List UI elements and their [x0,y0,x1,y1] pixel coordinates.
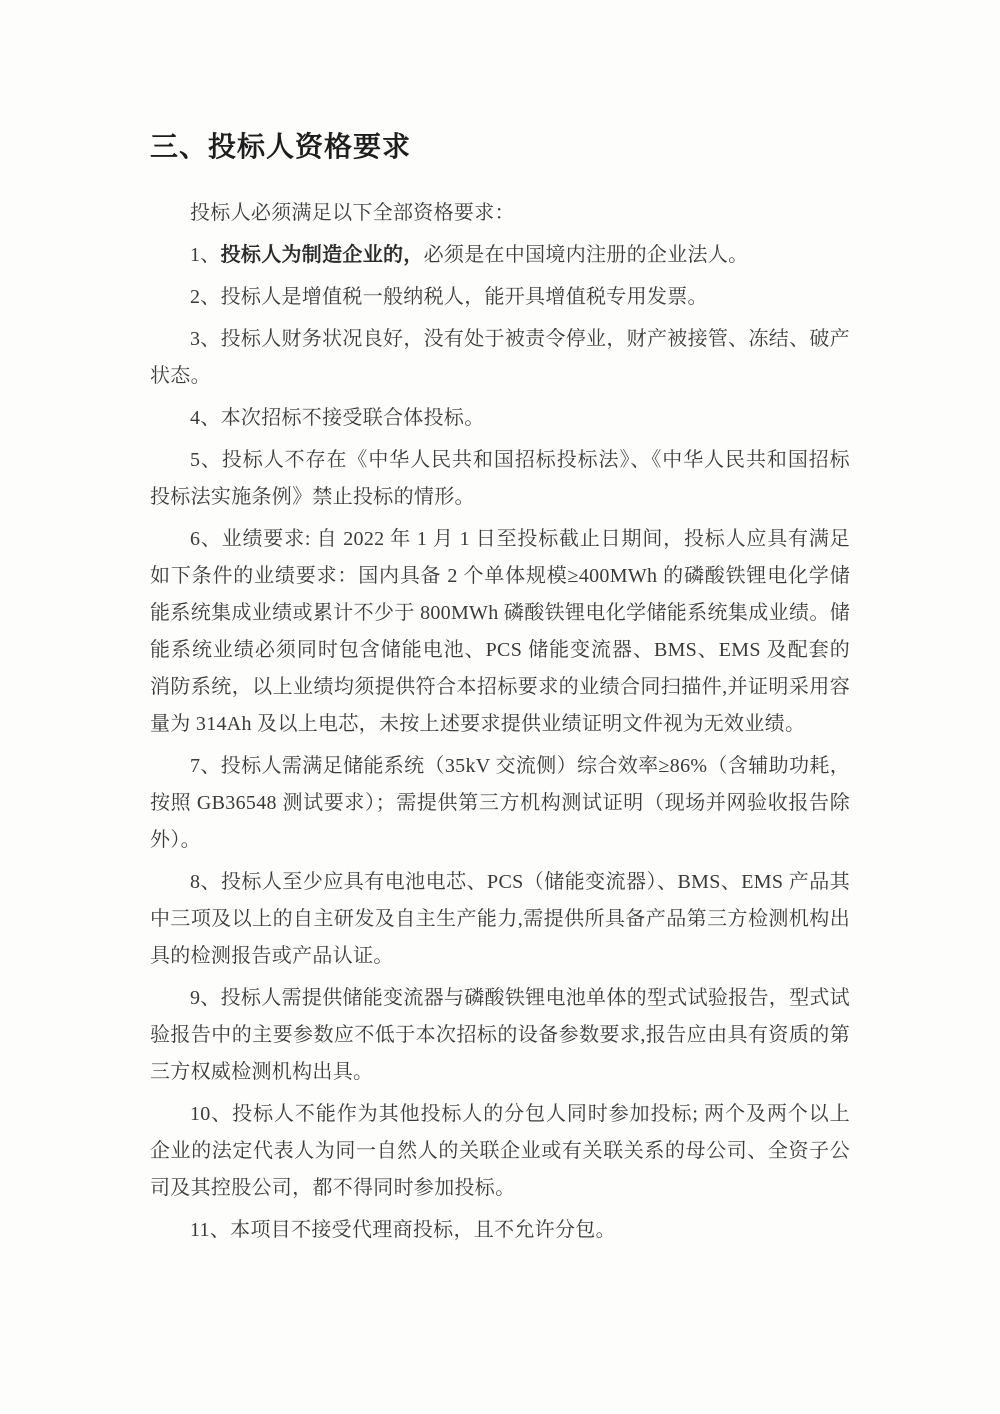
requirement-item-9: 9、投标人需提供储能变流器与磷酸铁锂电池单体的型式试验报告，型式试验报告中的主要… [150,980,850,1091]
item-number: 4、 [190,407,221,429]
requirement-item-3: 3、投标人财务状况良好，没有处于被责令停业，财产被接管、冻结、破产状态。 [150,321,850,395]
item-text: 投标人是增值税一般纳税人，能开具增值税专用发票。 [221,286,708,308]
item-text: 业绩要求: 自 2022 年 1 月 1 日至投标截止日期间，投标人应具有满足如… [150,528,850,735]
item-text: 投标人至少应具有电池电芯、PCS（储能变流器）、BMS、EMS 产品其中三项及以… [150,871,850,967]
document-content: 三、投标人资格要求 投标人必须满足以下全部资格要求： 1、投标人为制造企业的，必… [150,130,850,1254]
requirement-item-10: 10、投标人不能作为其他投标人的分包人同时参加投标; 两个及两个以上企业的法定代… [150,1096,850,1207]
item-text: 投标人财务状况良好，没有处于被责令停业，财产被接管、冻结、破产状态。 [150,328,850,387]
item-text: 必须是在中国境内注册的企业法人。 [424,244,749,266]
intro-text: 投标人必须满足以下全部资格要求： [190,202,515,224]
item-number: 2、 [190,286,221,308]
requirement-item-4: 4、本次招标不接受联合体投标。 [150,400,850,437]
requirement-item-6: 6、业绩要求: 自 2022 年 1 月 1 日至投标截止日期间，投标人应具有满… [150,521,850,743]
item-number: 1、 [190,244,221,266]
requirement-item-2: 2、投标人是增值税一般纳税人，能开具增值税专用发票。 [150,279,850,316]
item-number: 3、 [190,328,221,350]
item-text: 投标人不能作为其他投标人的分包人同时参加投标; 两个及两个以上企业的法定代表人为… [150,1103,850,1199]
requirement-item-11: 11、本项目不接受代理商投标，且不允许分包。 [150,1212,850,1249]
item-number: 5、 [190,449,222,471]
requirement-item-5: 5、投标人不存在《中华人民共和国招标投标法》、《中华人民共和国招标投标法实施条例… [150,442,850,516]
item-number: 9、 [190,987,221,1009]
item-number: 8、 [190,871,221,893]
item-text: 投标人需满足储能系统（35kV 交流侧）综合效率≥86%（含辅助功耗，按照 GB… [150,755,850,851]
requirement-item-8: 8、投标人至少应具有电池电芯、PCS（储能变流器）、BMS、EMS 产品其中三项… [150,864,850,975]
item-number: 6、 [190,528,222,550]
item-bold-text: 投标人为制造企业的， [221,244,424,266]
item-number: 11、 [190,1219,230,1241]
item-text: 投标人不存在《中华人民共和国招标投标法》、《中华人民共和国招标投标法实施条例》禁… [150,449,850,508]
intro-paragraph: 投标人必须满足以下全部资格要求： [150,195,850,232]
item-text: 本次招标不接受联合体投标。 [221,407,485,429]
requirement-item-7: 7、投标人需满足储能系统（35kV 交流侧）综合效率≥86%（含辅助功耗，按照 … [150,748,850,859]
requirement-item-1: 1、投标人为制造企业的，必须是在中国境内注册的企业法人。 [150,237,850,274]
item-text: 本项目不接受代理商投标，且不允许分包。 [230,1219,616,1241]
item-text: 投标人需提供储能变流器与磷酸铁锂电池单体的型式试验报告，型式试验报告中的主要参数… [150,987,850,1083]
item-number: 7、 [190,755,221,777]
item-number: 10、 [190,1103,232,1125]
section-title: 三、投标人资格要求 [150,130,850,166]
document-page: 三、投标人资格要求 投标人必须满足以下全部资格要求： 1、投标人为制造企业的，必… [0,0,1000,1414]
